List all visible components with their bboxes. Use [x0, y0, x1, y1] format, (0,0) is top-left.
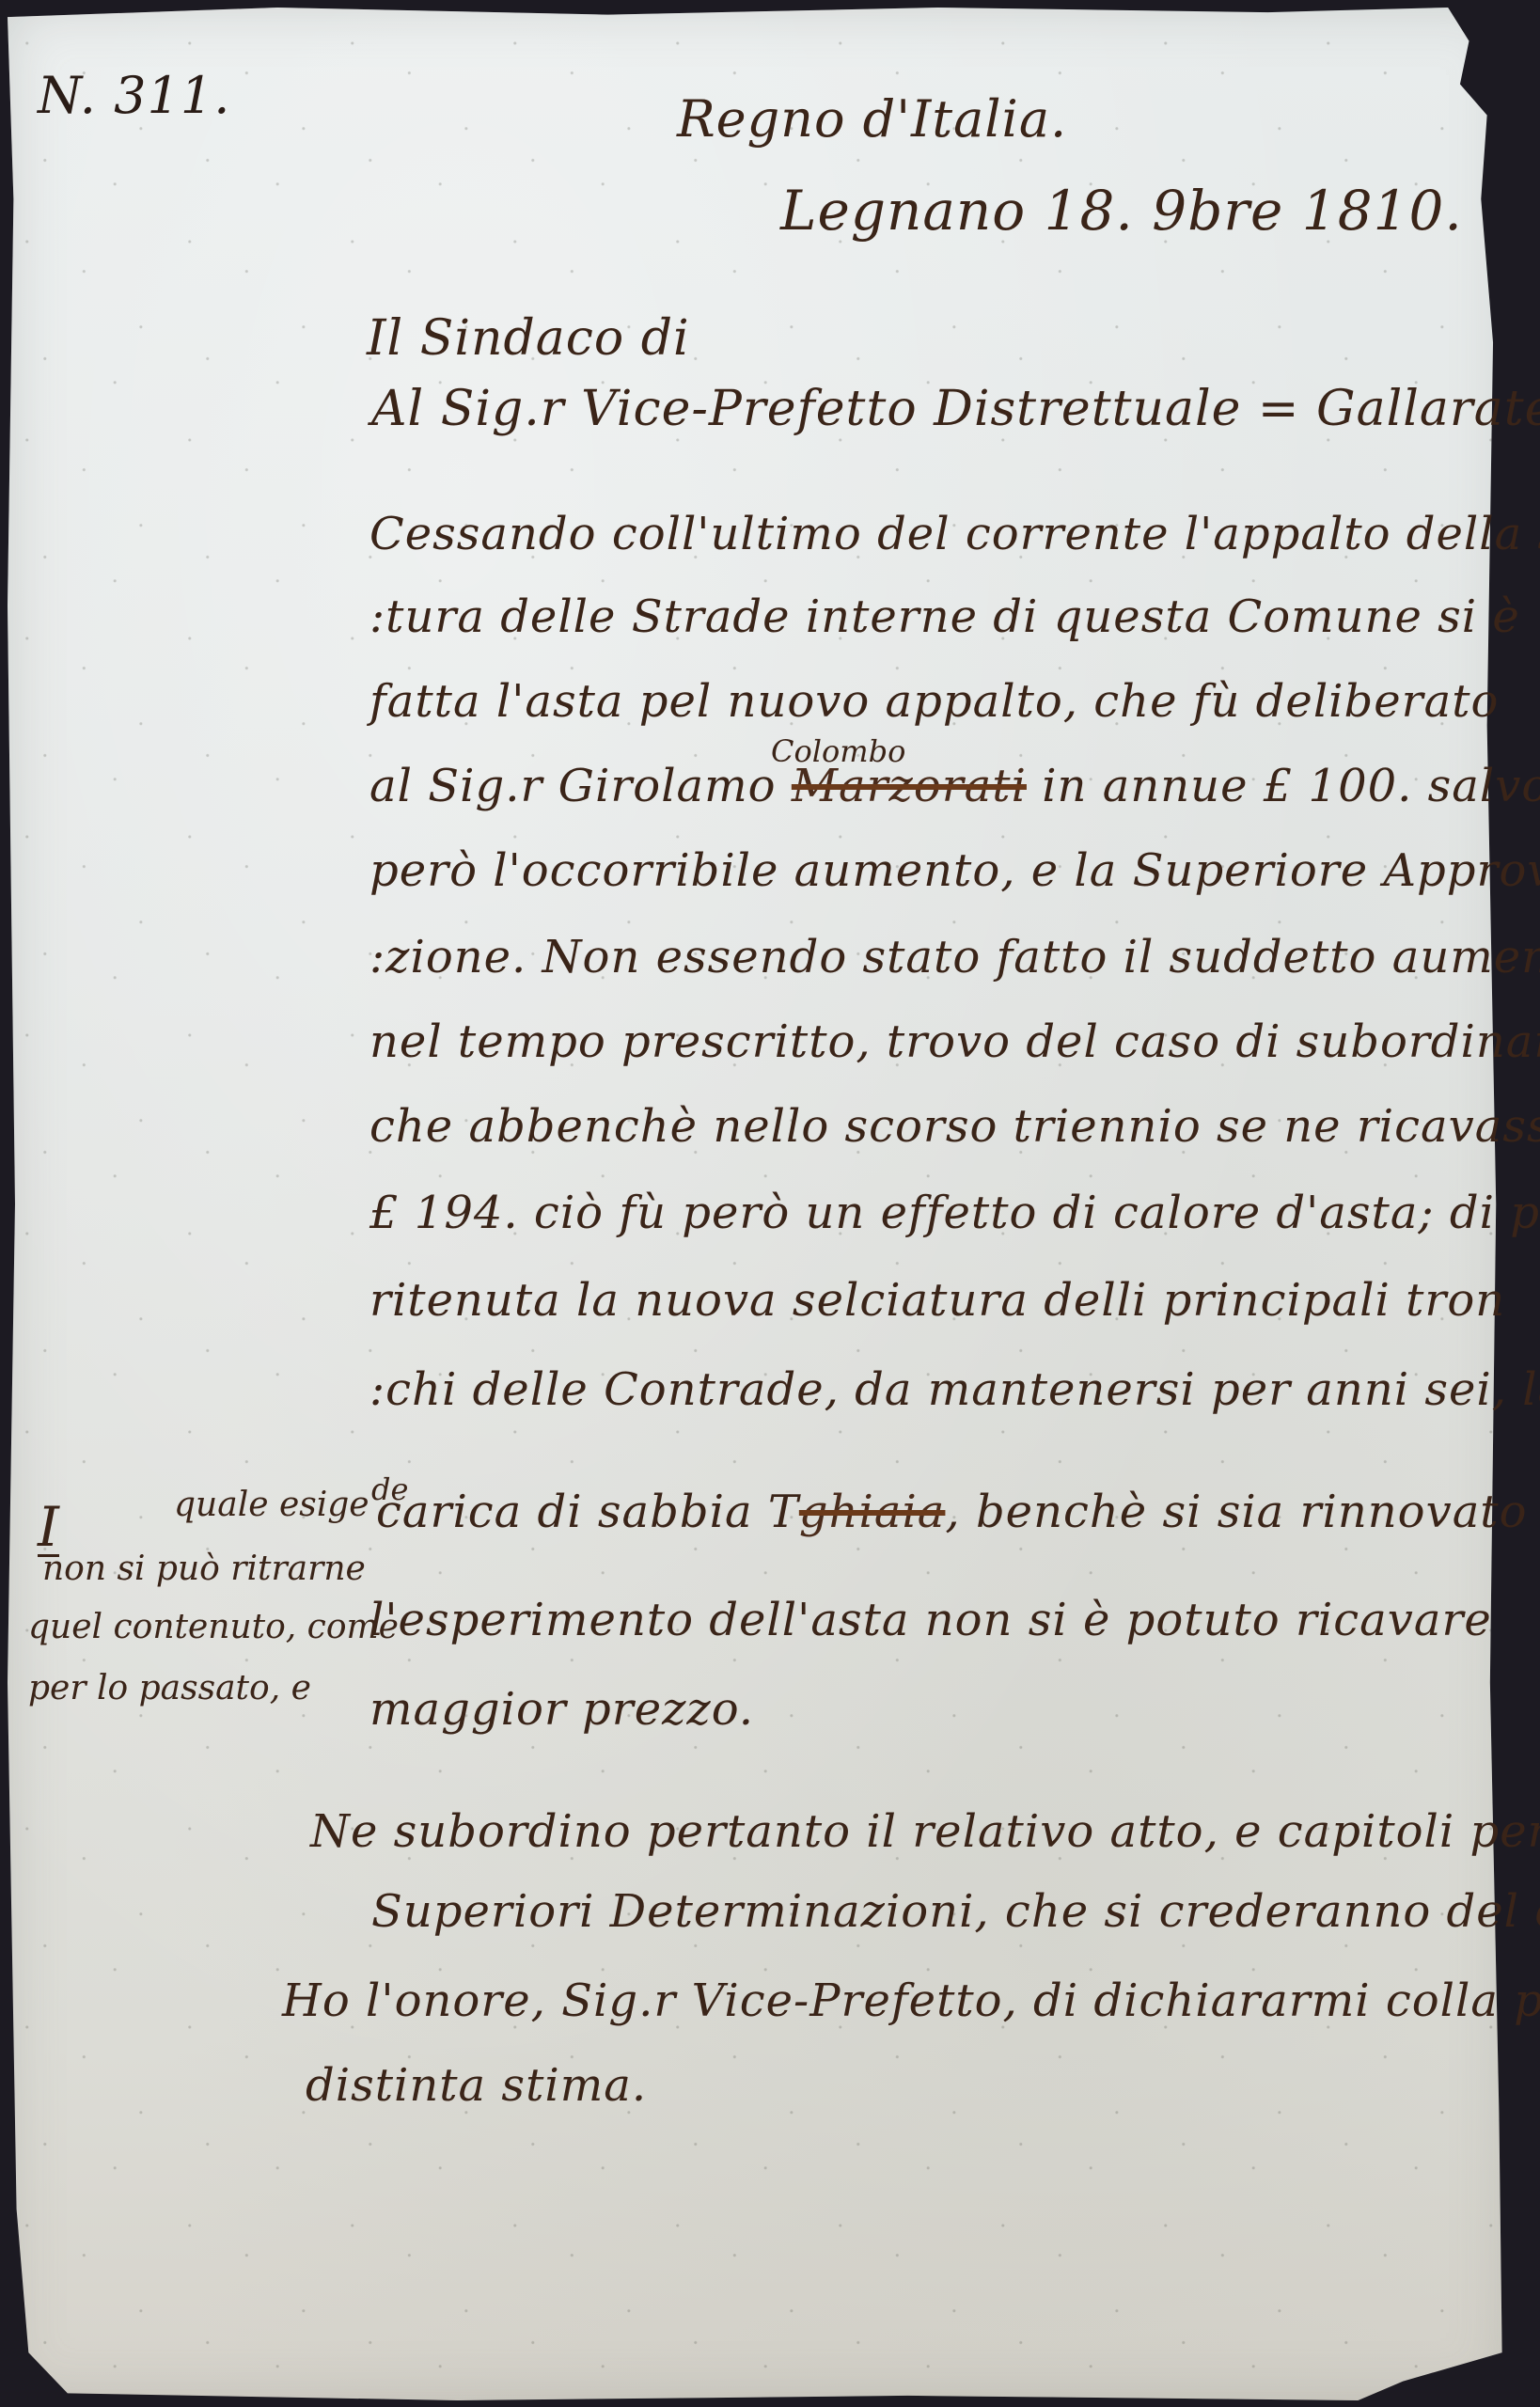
body-line-12: carica di sabbia Tghiaia, benchè si sia …	[376, 1486, 1528, 1538]
margin-note-line-3: quel contenuto, come	[28, 1608, 399, 1646]
document-page: N. 311. Regno d'Italia. Legnano 18. 9bre…	[0, 0, 1540, 2407]
reference-number: N. 311.	[38, 66, 230, 125]
body-line-12-start: carica di sabbia	[376, 1486, 768, 1538]
body-line-4: al Sig.r Girolamo Marzorati in annue £ 1…	[369, 760, 1540, 812]
body-line-7: nel tempo prescritto, trovo del caso di …	[369, 1015, 1540, 1068]
recipient-line: Al Sig.r Vice-Prefetto Distrettuale = Ga…	[371, 381, 1540, 437]
body-line-12-T: T	[768, 1486, 799, 1538]
margin-note-line-4: per lo passato, e	[28, 1669, 311, 1707]
body-line-3-start: fatta l'asta pel nuovo appalto,	[369, 675, 1093, 728]
body-line-2: :tura delle Strade interne di questa Com…	[369, 590, 1520, 643]
body-line-6: :zione. Non essendo stato fatto il sudde…	[369, 931, 1540, 983]
body-line-5: però l'occorribile aumento, e la Superio…	[369, 844, 1540, 897]
body-line-9: £ 194. ciò fù però un effetto di calore …	[369, 1187, 1540, 1239]
body-line-12-end: , benchè si sia rinnovato	[945, 1486, 1527, 1538]
closing-line-1: Ne subordino pertanto il relativo atto, …	[310, 1805, 1540, 1858]
heading-place-date: Legnano 18. 9bre 1810.	[780, 179, 1463, 243]
margin-line-quale: quale esige	[174, 1486, 369, 1524]
insertion-colombo: Colombo	[771, 733, 905, 769]
body-line-3: fatta l'asta pel nuovo appalto, che fù d…	[369, 675, 1499, 728]
body-line-13: l'esperimento dell'asta non si è potuto …	[369, 1594, 1492, 1646]
body-line-3-end: che fù deliberato	[1093, 675, 1499, 728]
margin-note-line-2: non si può ritrarne	[42, 1550, 366, 1588]
margin-marker: I	[38, 1500, 59, 1557]
closing-line-3: Ho l'onore, Sig.r Vice-Prefetto, di dich…	[282, 1974, 1540, 2027]
closing-line-2: Superiori Determinazioni, che si credera…	[371, 1885, 1540, 1938]
body-line-14: maggior prezzo.	[369, 1683, 754, 1736]
struck-word: ghiaia	[799, 1486, 946, 1538]
heading-kingdom: Regno d'Italia.	[677, 89, 1067, 149]
body-line-4-end: in annue £ 100. salvo	[1027, 760, 1540, 812]
sender-line: Il Sindaco di	[367, 310, 690, 367]
body-line-10: ritenuta la nuova selciatura delli princ…	[369, 1274, 1505, 1327]
closing-line-4: distinta stima.	[306, 2059, 647, 2112]
body-line-1: Cessando coll'ultimo del corrente l'appa…	[369, 508, 1540, 560]
body-line-8: che abbenchè nello scorso triennio se ne…	[369, 1100, 1540, 1153]
body-line-4-start: al Sig.r Girolamo	[369, 760, 792, 812]
body-line-11: :chi delle Contrade, da mantenersi per a…	[369, 1363, 1540, 1416]
